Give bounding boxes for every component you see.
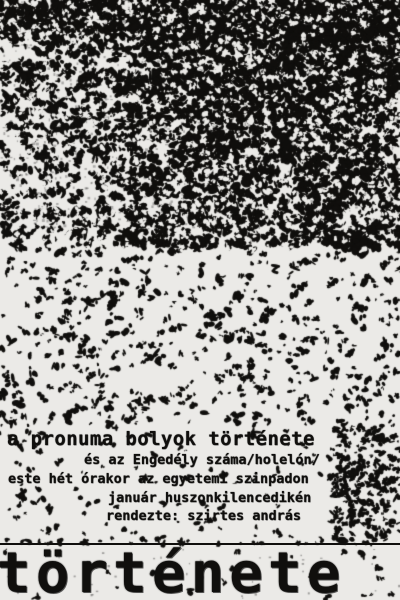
credit-line-director: rendezte: szirtes andrás — [106, 508, 301, 524]
bottom-title: története — [0, 546, 345, 600]
credit-line-permit: és az Engedély száma/holelón/ — [84, 452, 320, 468]
credit-line-date: január huszonkilencedikén — [108, 490, 311, 506]
poster-title: a pronuma bolyok története — [7, 428, 315, 450]
poster: a pronuma bolyok története és az Engedél… — [0, 0, 400, 600]
credit-line-venue: este hét órakor az egyetemi szinpadon — [8, 471, 309, 487]
